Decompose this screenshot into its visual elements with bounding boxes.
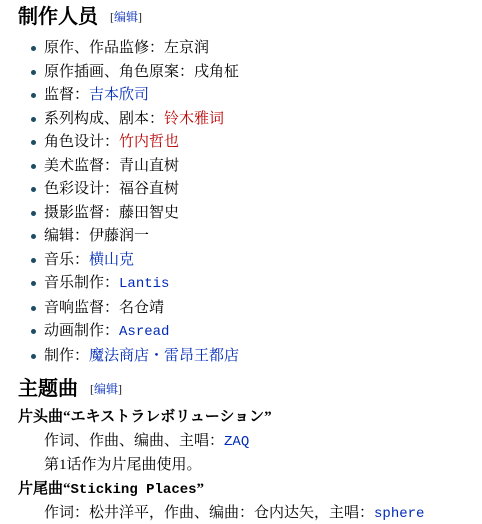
- ending-song-label: 片尾曲: [18, 481, 63, 497]
- ending-credit-label: 作词：松井洋平，作曲、编曲：仓内达矢，主唱：: [44, 505, 374, 521]
- staff-item-original-work: 原作、作品监修：左京润: [44, 37, 472, 61]
- staff-person: 藤田智史: [119, 205, 179, 221]
- staff-person: 戌角柾: [194, 64, 239, 80]
- staff-list: 原作、作品监修：左京润 原作插画、角色原案：戌角柾 监督：吉本欣司 系列构成、剧…: [18, 37, 472, 368]
- staff-committee-link[interactable]: 魔法商店・雷昂王都店: [89, 348, 239, 364]
- theme-songs-list: 片头曲“エキストラレボリューション” 作词、作曲、编曲、主唱：ZAQ 第1话作为…: [18, 406, 472, 524]
- staff-person: 名仓靖: [119, 300, 164, 316]
- staff-item-music: 音乐：横山克: [44, 249, 472, 273]
- edit-bracket-close: ]: [118, 382, 122, 396]
- staff-role-label: 监督：: [44, 87, 89, 103]
- staff-role-label: 摄影监督：: [44, 205, 119, 221]
- staff-item-series-composition: 系列构成、剧本：铃木雅词: [44, 108, 472, 132]
- opening-song-credits: 作词、作曲、编曲、主唱：ZAQ: [44, 430, 472, 455]
- staff-item-photography-director: 摄影监督：藤田智史: [44, 202, 472, 226]
- ending-title-quote-close: ”: [197, 481, 205, 497]
- staff-edit-link[interactable]: 编辑: [114, 10, 138, 24]
- staff-item-director: 监督：吉本欣司: [44, 84, 472, 108]
- staff-role-label: 制作：: [44, 348, 89, 364]
- staff-item-art-director: 美术监督：青山直树: [44, 155, 472, 179]
- staff-item-color-design: 色彩设计：福谷直树: [44, 178, 472, 202]
- ending-song-credits: 作词：松井洋平，作曲、编曲：仓内达矢，主唱：sphere: [44, 502, 472, 524]
- staff-role-label: 编辑：: [44, 228, 89, 244]
- staff-role-label: 原作插画、角色原案：: [44, 64, 194, 80]
- staff-role-label: 角色设计：: [44, 134, 119, 150]
- staff-item-animation-production: 动画制作：Asread: [44, 320, 472, 345]
- staff-role-label: 美术监督：: [44, 158, 119, 174]
- staff-item-production: 制作：魔法商店・雷昂王都店: [44, 345, 472, 369]
- staff-person: 福谷直树: [119, 181, 179, 197]
- opening-song-label: 片头曲: [18, 409, 63, 425]
- theme-heading-text: 主题曲: [18, 378, 78, 400]
- staff-person: 伊藤润一: [89, 228, 149, 244]
- ending-song-title: Sticking Places: [71, 482, 197, 498]
- theme-section-heading: 主题曲[编辑]: [18, 378, 472, 400]
- staff-role-label: 音响监督：: [44, 300, 119, 316]
- staff-person: 青山直树: [119, 158, 179, 174]
- staff-item-editor: 编辑：伊藤润一: [44, 225, 472, 249]
- opening-credit-label: 作词、作曲、编曲、主唱：: [44, 433, 224, 449]
- staff-item-original-illustration: 原作插画、角色原案：戌角柾: [44, 61, 472, 85]
- staff-person-link[interactable]: 吉本欣司: [89, 87, 149, 103]
- edit-bracket-close: ]: [138, 10, 142, 24]
- staff-role-label: 系列构成、剧本：: [44, 111, 164, 127]
- staff-role-label: 音乐：: [44, 252, 89, 268]
- opening-song-title-line: 片头曲“エキストラレボリューション”: [18, 406, 472, 430]
- theme-edit-link[interactable]: 编辑: [94, 382, 118, 396]
- staff-heading-text: 制作人员: [18, 6, 98, 28]
- staff-item-sound-director: 音响监督：名仓靖: [44, 297, 472, 321]
- opening-song-note: 第1话作为片尾曲使用。: [44, 454, 472, 478]
- staff-role-label: 动画制作：: [44, 323, 119, 339]
- opening-artist-link[interactable]: ZAQ: [224, 434, 249, 450]
- staff-person-redlink[interactable]: 铃木雅词: [164, 111, 224, 127]
- staff-person-link[interactable]: 横山克: [89, 252, 134, 268]
- opening-song-title: “エキストラレボリューション”: [63, 409, 272, 425]
- ending-artist-link[interactable]: sphere: [374, 506, 424, 522]
- staff-item-character-design: 角色设计：竹内哲也: [44, 131, 472, 155]
- staff-role-label: 原作、作品监修：: [44, 40, 164, 56]
- staff-company-link[interactable]: Lantis: [119, 276, 169, 292]
- article-content: 制作人员[编辑] 原作、作品监修：左京润 原作插画、角色原案：戌角柾 监督：吉本…: [0, 0, 482, 524]
- staff-item-music-production: 音乐制作：Lantis: [44, 272, 472, 297]
- staff-edit-section: [编辑]: [110, 10, 142, 24]
- staff-role-label: 音乐制作：: [44, 275, 119, 291]
- staff-person: 左京润: [164, 40, 209, 56]
- staff-company-link[interactable]: Asread: [119, 324, 169, 340]
- staff-section-heading: 制作人员[编辑]: [18, 6, 472, 28]
- ending-title-quote-open: “: [63, 481, 71, 497]
- staff-person-redlink[interactable]: 竹内哲也: [119, 134, 179, 150]
- theme-edit-section: [编辑]: [90, 382, 122, 396]
- staff-role-label: 色彩设计：: [44, 181, 119, 197]
- ending-song-title-line: 片尾曲“Sticking Places”: [18, 478, 472, 503]
